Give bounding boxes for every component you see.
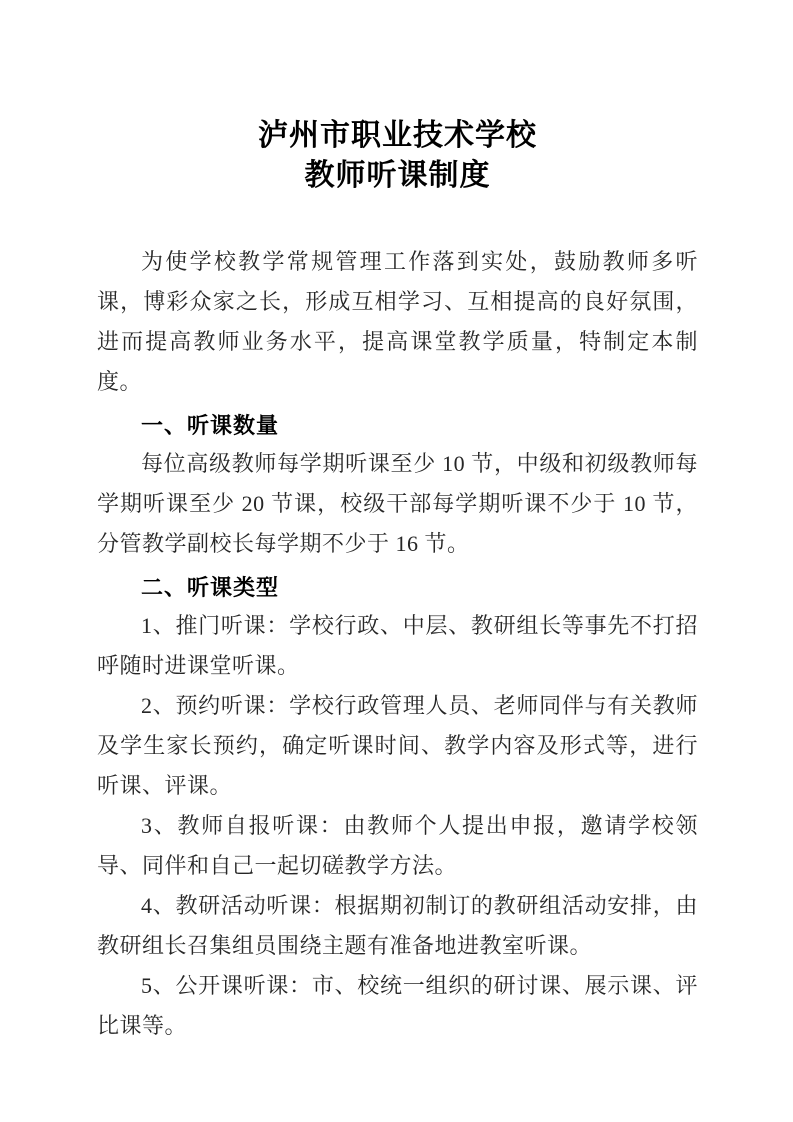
title-line-school-name: 泸州市职业技术学校 [97, 116, 698, 156]
document-content: 泸州市职业技术学校 教师听课制度 为使学校教学常规管理工作落到实处，鼓励教师多听… [0, 0, 793, 1046]
section-2-item-1: 1、推门听课：学校行政、中层、教研组长等事先不打招呼随时进课堂听课。 [97, 606, 698, 686]
section-2-item-2: 2、预约听课：学校行政管理人员、老师同伴与有关教师及学生家长预约，确定听课时间、… [97, 686, 698, 806]
section-1-paragraph: 每位高级教师每学期听课至少 10 节，中级和初级教师每学期听课至少 20 节课，… [97, 444, 698, 564]
document-page: 泸州市职业技术学校 教师听课制度 为使学校教学常规管理工作落到实处，鼓励教师多听… [0, 0, 793, 1122]
section-2-item-5: 5、公开课听课：市、校统一组织的研讨课、展示课、评比课等。 [97, 966, 698, 1046]
section-2-item-3: 3、教师自报听课：由教师个人提出申报，邀请学校领导、同伴和自己一起切磋教学方法。 [97, 806, 698, 886]
section-2-item-4: 4、教研活动听课：根据期初制订的教研组活动安排，由教研组长召集组员围绕主题有准备… [97, 886, 698, 966]
intro-paragraph: 为使学校教学常规管理工作落到实处，鼓励教师多听课，博彩众家之长，形成互相学习、互… [97, 242, 698, 402]
section-2-heading: 二、听课类型 [97, 570, 698, 606]
title-line-policy-name: 教师听课制度 [97, 156, 698, 196]
document-title: 泸州市职业技术学校 教师听课制度 [97, 116, 698, 196]
section-1-heading: 一、听课数量 [97, 408, 698, 444]
